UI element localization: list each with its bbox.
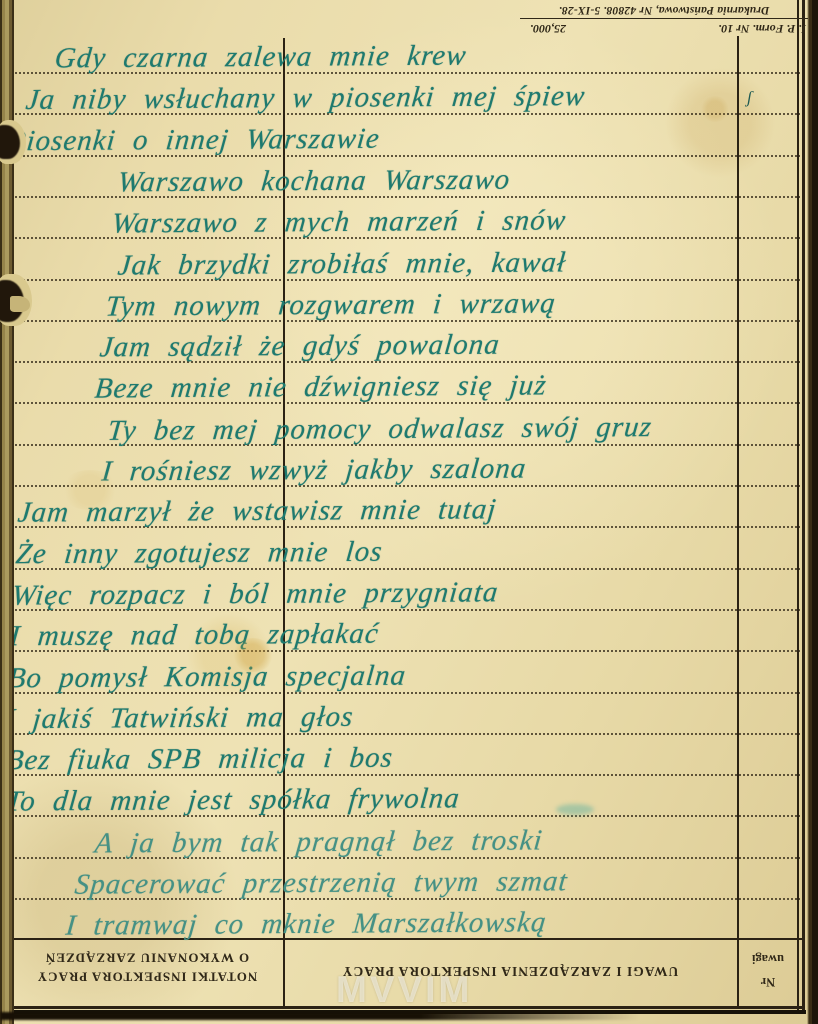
torn-paper-flap <box>10 296 30 312</box>
margin-ink-mark: ʃ <box>747 88 752 108</box>
handwritten-line: Jam sądził że gdyś powalona <box>98 329 501 365</box>
handwritten-line: Gdy czarna zalewa mnie krew <box>53 40 468 76</box>
handwritten-line: Ty bez mej pomocy odwalasz swój gruz <box>106 411 653 448</box>
handwritten-line: To dla mnie jest spółka frywolna <box>4 783 461 819</box>
archive-watermark: MVVIM <box>336 969 472 1011</box>
stain <box>60 470 120 510</box>
handwritten-line: I rośniesz wzwyż jakby szalona <box>100 453 528 489</box>
handwritten-line: Jak brzydki zrobiłaś mnie, kawał <box>116 246 567 282</box>
bottom-scan-edge <box>0 1012 640 1020</box>
handwritten-line: Piosenki o innej Warszawie <box>6 122 381 158</box>
handwritten-line: Bo pomysł Komisja specjalna <box>6 659 407 695</box>
stain <box>700 96 730 122</box>
handwritten-line: I jakiś Tatwiński ma głos <box>3 701 355 736</box>
ink-smudge <box>556 804 594 815</box>
handwritten-line: Że inny zgotujesz mnie los <box>14 535 384 571</box>
handwritten-line: Bez fiuka SPB milicja i bos <box>4 742 394 778</box>
handwritten-line: Więc rozpacz i ból mnie przygniata <box>10 576 500 612</box>
handwritten-line: I tramwaj co mknie Marszałkowską <box>64 907 548 943</box>
handwritten-line: I muszę nad tobą zapłakać <box>8 618 380 654</box>
scanned-document-page: I. P. Form. Nr 10. 25,000. Drukarnia Pań… <box>0 0 818 1024</box>
right-scan-edge <box>807 0 818 1024</box>
handwritten-line: Tym nowym rozgwarem i wrzawą <box>104 287 557 323</box>
handwritten-line: Beze mnie nie dźwigniesz się już <box>93 370 548 406</box>
handwritten-line: Ja niby wsłuchany w piosenki mej śpiew <box>24 80 587 117</box>
stain <box>232 638 274 672</box>
handwritten-line: Warszawo z mych marzeń i snów <box>110 205 568 241</box>
handwritten-line: Warszawo kochana Warszawo <box>116 164 512 200</box>
handwriting-layer: Gdy czarna zalewa mnie krewJa niby wsłuc… <box>0 0 818 1024</box>
handwritten-line: Spacerować przestrzenią twym szmat <box>73 865 569 901</box>
handwritten-line: A ja bym tak pragnął bez troski <box>93 824 544 860</box>
